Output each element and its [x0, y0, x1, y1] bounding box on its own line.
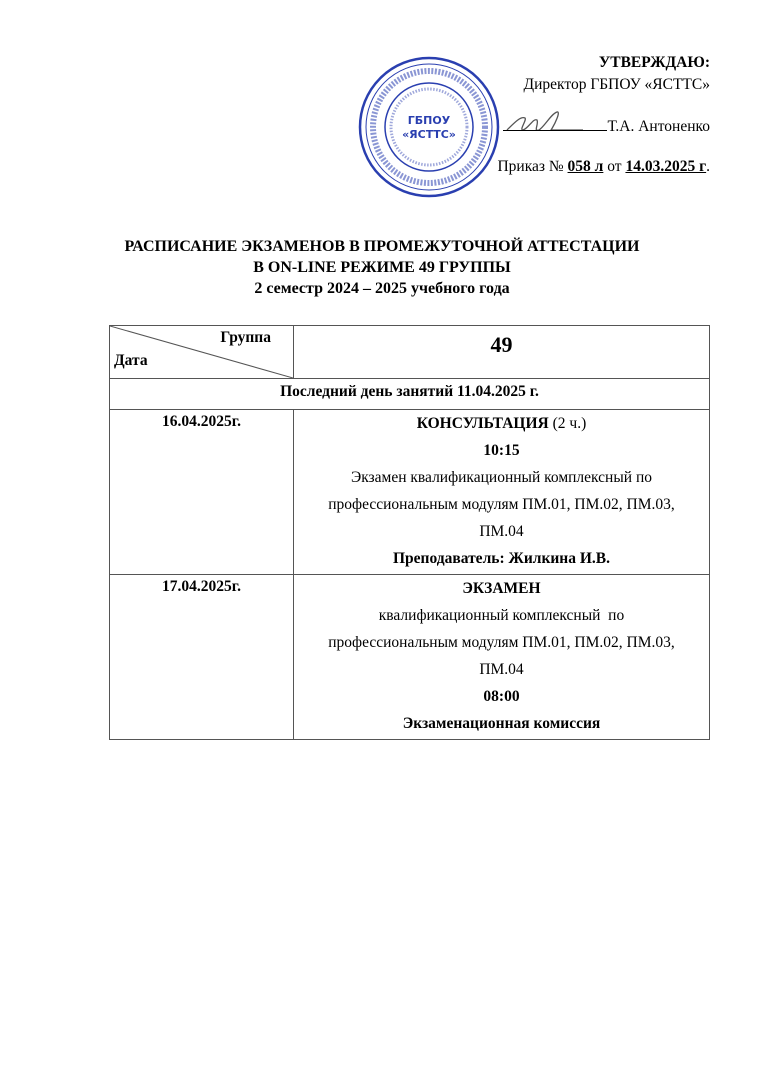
row-content: ЭКЗАМЕН квалификационный комплексный по … [294, 575, 710, 740]
table-row: 16.04.2025г. КОНСУЛЬТАЦИЯ (2 ч.) 10:15 Э… [110, 410, 710, 575]
order-suffix: . [706, 158, 710, 175]
row-date: 17.04.2025г. [110, 575, 294, 740]
schedule-table: Группа Дата 49 Последний день занятий 11… [109, 325, 710, 740]
row-description-1: Экзамен квалификационный комплексный по [294, 464, 709, 491]
signatory-name: Т.А. Антоненко [607, 118, 710, 135]
signature-line: Т.А. Антоненко [497, 116, 710, 138]
approval-title: УТВЕРЖДАЮ: [497, 52, 710, 74]
title-line-2: В ON-LINE РЕЖИМЕ 49 ГРУППЫ [0, 257, 764, 278]
last-day-cell: Последний день занятий 11.04.2025 г. [110, 379, 710, 410]
row-description-2: профессиональным модулям ПМ.01, ПМ.02, П… [294, 629, 709, 656]
title-line-1: РАСПИСАНИЕ ЭКЗАМЕНОВ В ПРОМЕЖУТОЧНОЙ АТТ… [0, 236, 764, 257]
row-responsible: Преподаватель: Жилкина И.В. [294, 545, 709, 572]
row-description-3: ПМ.04 [294, 656, 709, 683]
approval-block: УТВЕРЖДАЮ: Директор ГБПОУ «ЯСТТС» Т.А. А… [497, 52, 710, 178]
header-group-label: Группа [220, 329, 271, 347]
order-date: 14.03.2025 г [625, 158, 706, 175]
row-description-2: профессиональным модулям ПМ.01, ПМ.02, П… [294, 491, 709, 518]
row-responsible: Экзаменационная комиссия [294, 710, 709, 737]
table-header-row: Группа Дата 49 [110, 326, 710, 379]
row-time: 08:00 [294, 683, 709, 710]
last-day-row: Последний день занятий 11.04.2025 г. [110, 379, 710, 410]
approval-director: Директор ГБПОУ «ЯСТТС» [497, 74, 710, 96]
row-type: ЭКЗАМЕН [294, 575, 709, 602]
row-time: 10:15 [294, 437, 709, 464]
header-diagonal-cell: Группа Дата [110, 326, 294, 379]
order-line: Приказ № 058 л от 14.03.2025 г. [497, 156, 710, 178]
row-type: КОНСУЛЬТАЦИЯ [417, 415, 549, 432]
row-type-note: (2 ч.) [549, 415, 587, 432]
header-date-label: Дата [114, 352, 148, 370]
order-prefix: Приказ № [497, 158, 567, 175]
document-title: РАСПИСАНИЕ ЭКЗАМЕНОВ В ПРОМЕЖУТОЧНОЙ АТТ… [0, 236, 764, 299]
table-row: 17.04.2025г. ЭКЗАМЕН квалификационный ко… [110, 575, 710, 740]
order-mid: от [603, 158, 625, 175]
signature-blank [503, 116, 607, 131]
row-description-1: квалификационный комплексный по [294, 602, 709, 629]
title-line-3: 2 семестр 2024 – 2025 учебного года [0, 278, 764, 299]
row-content: КОНСУЛЬТАЦИЯ (2 ч.) 10:15 Экзамен квалиф… [294, 410, 710, 575]
official-stamp-icon: ГБПОУ «ЯСТТС» [358, 56, 500, 198]
order-number: 058 л [568, 158, 604, 175]
row-date: 16.04.2025г. [110, 410, 294, 575]
row-description-3: ПМ.04 [294, 518, 709, 545]
stamp-text-line1: ГБПОУ [408, 114, 451, 127]
row-type-line: КОНСУЛЬТАЦИЯ (2 ч.) [294, 410, 709, 437]
stamp-text-line2: «ЯСТТС» [402, 128, 456, 141]
header-group-number: 49 [294, 326, 710, 379]
